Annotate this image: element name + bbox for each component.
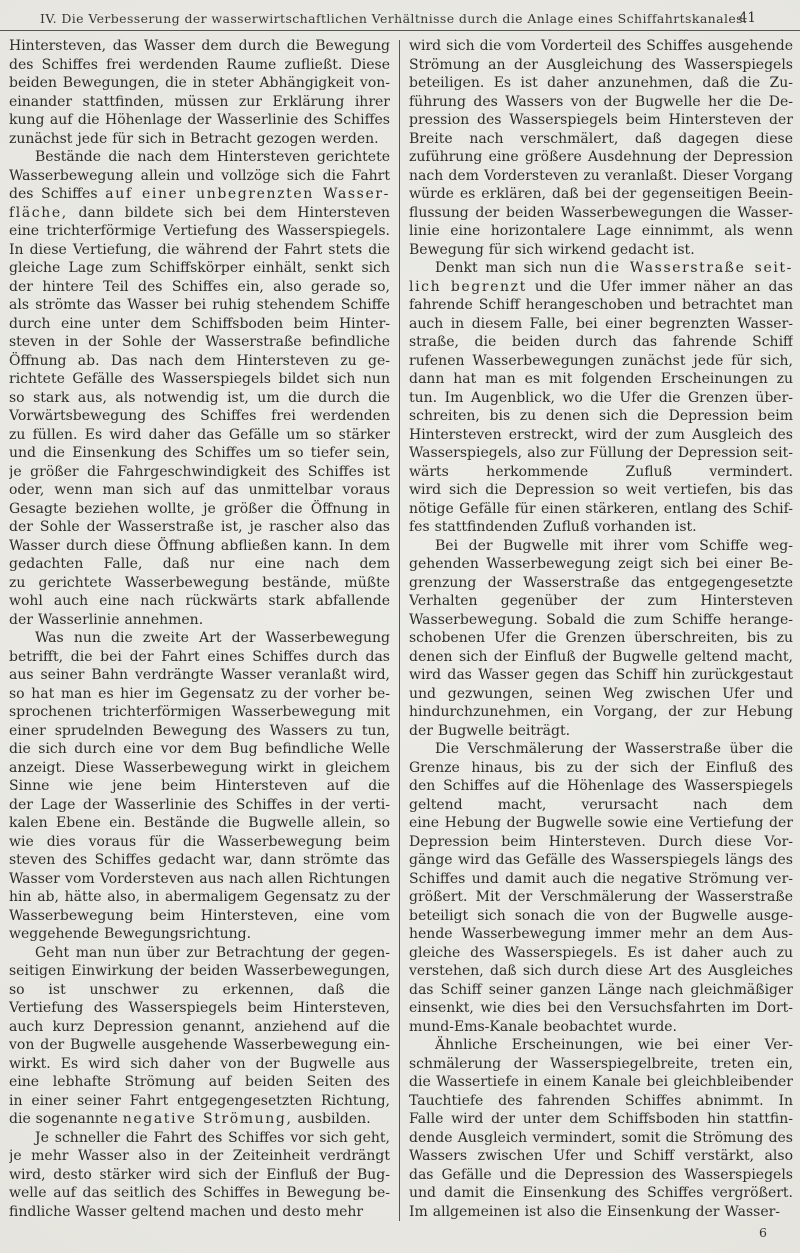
page-header-title: IV. Die Verbesserung der wasserwirtschaf… [40,11,710,26]
right-column: wird sich die vom Vorderteil des Schiffe… [400,37,793,1221]
text-line: durch eine unter dem Schiffsboden beim H… [9,315,390,334]
text-line: lich begrenzt und die Ufer immer näher a… [409,278,793,297]
text-line: nötige Gefälle für einen stärkeren, entl… [409,500,793,519]
text-line: würde es erklären, daß bei der gegenseit… [409,185,793,204]
scanned-page: { "header": { "title": "IV. Die Verbesse… [0,0,800,1253]
text-line: findliche Wasser geltend machen und dest… [9,1203,390,1222]
text-line: hin ab, hätte also, in abermaligem Gegen… [9,888,390,907]
text-line: verstehen, daß sich durch diese Art des … [409,962,793,981]
text-line: gänge wird das Gefälle des Wasserspiegel… [409,851,793,870]
text-line: fläche, dann bildete sich bei dem Hinter… [9,204,390,223]
text-line: Was nun die zweite Art der Wasserbewegun… [9,629,390,648]
text-line: hindurchzunehmen, ein Vorgang, der zur H… [409,703,793,722]
text-line: so hat man es hier im Gegensatz zu der v… [9,685,390,704]
text-line: Bewegung für sich wirkend gedacht ist. [409,241,793,260]
text-line: zu gerichtete Wasserbewegung bestände, m… [9,574,390,593]
text-line: In diese Vertiefung, die während der Fah… [9,241,390,260]
text-line: steven in der Sohle der Wasserstraße bef… [9,333,390,352]
text-line: Geht man nun über zur Betrachtung der ge… [9,944,390,963]
text-line: Strömung an der Ausgleichung des Wassers… [409,56,793,75]
header-rule [0,30,800,31]
text-line: Grenze hinaus, bis zu der sich der Einfl… [409,759,793,778]
text-line: gleiche des Wasserspiegels. Es ist daher… [409,944,793,963]
paragraph: Bei der Bugwelle mit ihrer vom Schiffe w… [409,537,793,741]
text-line: Je schneller die Fahrt des Schiffes vor … [9,1129,390,1148]
text-line: der Bugwelle beiträgt. [409,722,793,741]
text-line: einer sprudelnden Bewegung des Wassers z… [9,722,390,741]
text-line: kalen Ebene ein. Bestände die Bugwelle a… [9,814,390,833]
signature-mark: 6 [759,1225,767,1240]
text-line: oder, wenn man sich auf das unmittelbar … [9,481,390,500]
text-line: Hintersteven erstreckt, wird der zum Aus… [409,426,793,445]
text-line: geltend macht, verursacht nach dem Vorhe… [409,796,793,815]
text-line: des Schiffes auf einer unbegrenzten Wass… [9,185,390,204]
text-line: wird, desto stärker wird sich der Einflu… [9,1166,390,1185]
text-line: der Sohle der Wasserstraße ist, je rasch… [9,518,390,537]
text-line: eine trichterförmige Vertiefung des Wass… [9,222,390,241]
text-line: wird sich die vom Vorderteil des Schiffe… [409,37,793,56]
text-line: beteiligen. Es ist daher anzunehmen, daß… [409,74,793,93]
text-line: dende Ausgleich vermindert, somit die St… [409,1129,793,1148]
text-line: Wasserspiegels, also zur Füllung der Dep… [409,444,793,463]
text-line: das Schiff seiner ganzen Länge nach glei… [409,981,793,1000]
text-line: Die Verschmälerung der Wasserstraße über… [409,740,793,759]
text-line: der Wasserlinie annehmen. [9,611,390,630]
text-line: beteiligt sich sonach die von der Bugwel… [409,907,793,926]
text-line: wird das Wasser gegen das Schiff hin zur… [409,666,793,685]
text-line: nach dem Vordersteven zu veranlaßt. Dies… [409,167,793,186]
paragraph: Ähnliche Erscheinungen, wie bei einer Ve… [409,1036,793,1221]
text-line: den Schiffes auf die Höhenlage des Wasse… [409,777,793,796]
text-line: eine Hebung der Bugwelle sowie eine Vert… [409,814,793,833]
text-columns: Hintersteven, das Wasser dem durch die B… [9,37,793,1221]
text-line: welle auf das seitlich des Schiffes in B… [9,1184,390,1203]
text-line: und damit die Einsenkung des Schiffes ve… [409,1184,793,1203]
text-line: Im allgemeinen ist also die Einsenkung d… [409,1203,793,1222]
text-line: so ist unschwer zu erkennen, daß die tri… [9,981,390,1000]
text-line: einander stattfinden, müssen zur Erkläru… [9,93,390,112]
text-line: Öffnung ab. Das nach dem Hintersteven zu… [9,352,390,371]
paragraph: Denkt man sich nun die Wasserstraße seit… [409,259,793,537]
text-line: die Wassertiefe in einem Kanale bei glei… [409,1073,793,1092]
text-line: pression des Wasserspiegels beim Hinters… [409,111,793,130]
text-line: der hintere Teil des Schiffes ein, also … [9,278,390,297]
text-line: der Lage der Wasserlinie des Schiffes in… [9,796,390,815]
text-line: auch kurz Depression genannt, anziehend … [9,1018,390,1037]
text-line: von der Bugwelle ausgehende Wasserbewegu… [9,1036,390,1055]
text-line: des Schiffes frei werdenden Raume zuflie… [9,56,390,75]
text-line: schreiten, bis zu denen sich die Depress… [409,407,793,426]
text-line: dann hat man es mit folgenden Erscheinun… [409,370,793,389]
text-line: seitigen Einwirkung der beiden Wasserbew… [9,962,390,981]
paragraph: Was nun die zweite Art der Wasserbewegun… [9,629,390,944]
text-line: Bei der Bugwelle mit ihrer vom Schiffe w… [409,537,793,556]
text-line: tun. Im Augenblick, wo die Ufer die Gren… [409,389,793,408]
text-line: gedachten Falle, daß nur eine nach dem H… [9,555,390,574]
text-line: und gezwungen, seinen Weg zwischen Ufer … [409,685,793,704]
text-line: das Gefälle und die Depression des Wasse… [409,1166,793,1185]
text-line: in einer seiner Fahrt entgegengesetzten … [9,1092,390,1111]
text-line: und die Einsenkung des Schiffes um so ti… [9,444,390,463]
paragraph: wird sich die vom Vorderteil des Schiffe… [409,37,793,259]
text-line: fahrende Schiff herangeschoben und betra… [409,296,793,315]
text-line: grenzung der Wasserstraße das entgegenge… [409,574,793,593]
text-line: gehenden Wasserbewegung zeigt sich bei e… [409,555,793,574]
text-line: richtete Gefälle des Wasserspiegels bild… [9,370,390,389]
text-line: betrifft, die bei der Fahrt eines Schiff… [9,648,390,667]
text-line: beiden Bewegungen, die in steter Abhängi… [9,74,390,93]
text-line: größert. Mit der Verschmälerung der Wass… [409,888,793,907]
text-line: Wasserbewegung. Sobald die zum Schiffe h… [409,611,793,630]
text-line: Hintersteven, das Wasser dem durch die B… [9,37,390,56]
paragraph: Bestände die nach dem Hintersteven geric… [9,148,390,629]
text-line: straße, die beiden durch das fahrende Sc… [409,333,793,352]
text-line: Vorwärtsbewegung des Schiffes frei werde… [9,407,390,426]
text-line: kung auf die Höhenlage der Wasserlinie d… [9,111,390,130]
text-line: steven des Schiffes gedacht war, dann st… [9,851,390,870]
text-line: linie eine horizontalere Lage einnimmt, … [409,222,793,241]
text-line: die sogenannte negative Strömung, ausbil… [9,1110,390,1129]
text-line: zu füllen. Es wird daher das Gefälle um … [9,426,390,445]
text-line: Breite nach verschmälert, daß dagegen di… [409,130,793,149]
text-line: zuführung eine größere Ausdehnung der De… [409,148,793,167]
text-line: Denkt man sich nun die Wasserstraße seit… [409,259,793,278]
text-line: je größer die Fahrgeschwindigkeit des Sc… [9,463,390,482]
text-line: auch in diesem Falle, bei einer begrenzt… [409,315,793,334]
text-line: hende Wasserbewegung immer mehr an dem A… [409,925,793,944]
text-line: die sich durch eine vor dem Bug befindli… [9,740,390,759]
page-number: 41 [739,10,756,26]
text-line: Vertiefung des Wasserspiegels beim Hinte… [9,999,390,1018]
text-line: flussung der beiden Wasserbewegungen die… [409,204,793,223]
paragraph: Geht man nun über zur Betrachtung der ge… [9,944,390,1129]
text-line: Wasser durch diese Öffnung abfließen kan… [9,537,390,556]
text-line: Wassers zwischen Ufer und Schiff verstär… [409,1147,793,1166]
text-line: wärts herkommende Zufluß vermindert. Inf… [409,463,793,482]
text-line: Gesagte beziehen wollte, je größer die Ö… [9,500,390,519]
text-line: einsenkt, wie dies bei den Versuchsfahrt… [409,999,793,1018]
text-line: wie dies voraus für die Wasserbewegung b… [9,833,390,852]
text-line: Falle wird der unter dem Schiffsboden hi… [409,1110,793,1129]
paragraph: Hintersteven, das Wasser dem durch die B… [9,37,390,148]
text-line: sprochenen trichterförmigen Wasserbewegu… [9,703,390,722]
text-line: Wasserbewegung beim Hintersteven, eine v… [9,907,390,926]
text-line: Tauchtiefe des fahrenden Schiffes abnimm… [409,1092,793,1111]
text-line: Wasserbewegung allein und vollzöge sich … [9,167,390,186]
text-line: weggehende Bewegungsrichtung. [9,925,390,944]
text-line: Ähnliche Erscheinungen, wie bei einer Ve… [409,1036,793,1055]
text-line: aus seiner Bahn verdrängte Wasser veranl… [9,666,390,685]
text-line: anzeigt. Diese Wasserbewegung wirkt in g… [9,759,390,778]
text-line: Sinne wie jene beim Hintersteven auf die… [9,777,390,796]
text-line: führung des Wassers von der Bugwelle her… [409,93,793,112]
left-column: Hintersteven, das Wasser dem durch die B… [9,37,390,1221]
text-line: Depression beim Hintersteven. Durch dies… [409,833,793,852]
text-line: schobenen Ufer die Grenzen überschreiten… [409,629,793,648]
text-line: fes stattfindenden Zufluß vorhanden ist. [409,518,793,537]
text-line: je mehr Wasser also in der Zeiteinheit v… [9,1147,390,1166]
text-line: Wasser vom Vordersteven aus nach allen R… [9,870,390,889]
text-line: Verhalten gegenüber der zum Hintersteven… [409,592,793,611]
text-line: denen sich der Einfluß der Bugwelle gelt… [409,648,793,667]
paragraph: Je schneller die Fahrt des Schiffes vor … [9,1129,390,1222]
text-line: wirkt. Es wird sich daher von der Bugwel… [9,1055,390,1074]
text-line: so stark aus, als notwendig ist, um die … [9,389,390,408]
text-line: rufenen Wasserbewegungen zunächst jede f… [409,352,793,371]
text-line: wird sich die Depression so weit vertief… [409,481,793,500]
text-line: als strömte das Wasser bei ruhig stehend… [9,296,390,315]
text-line: mund-Ems-Kanale beobachtet wurde. [409,1018,793,1037]
text-line: eine lebhafte Strömung auf beiden Seiten… [9,1073,390,1092]
text-line: schmälerung der Wasserspiegelbreite, tre… [409,1055,793,1074]
text-line: gleiche Lage zum Schiffskörper einhält, … [9,259,390,278]
paragraph: Die Verschmälerung der Wasserstraße über… [409,740,793,1036]
text-line: wohl auch eine nach rückwärts stark abfa… [9,592,390,611]
text-line: zunächst jede für sich in Betracht gezog… [9,130,390,149]
text-line: Schiffes und damit auch die negative Str… [409,870,793,889]
text-line: Bestände die nach dem Hintersteven geric… [9,148,390,167]
